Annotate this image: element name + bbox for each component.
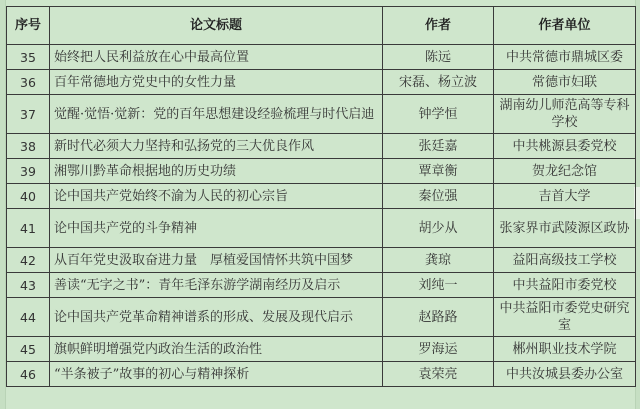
header-no: 序号 xyxy=(7,7,50,45)
cell-title: 旗帜鲜明增强党内政治生活的政治性 xyxy=(50,337,383,362)
cell-unit: 吉首大学 xyxy=(494,184,636,209)
cell-author: 刘纯一 xyxy=(383,273,494,298)
cell-title: 从百年党史汲取奋进力量 厚植爱国情怀共筑中国梦 xyxy=(50,248,383,273)
cell-author: 覃章衡 xyxy=(383,159,494,184)
document-page: 序号 论文标题 作者 作者单位 35 始终把人民利益放在心中最高位置 陈远 中共… xyxy=(0,0,640,409)
cell-author: 袁荣亮 xyxy=(383,362,494,387)
cell-unit: 中共桃源县委党校 xyxy=(494,134,636,159)
cell-no: 39 xyxy=(7,159,50,184)
cell-unit: 郴州职业技术学院 xyxy=(494,337,636,362)
cell-no: 43 xyxy=(7,273,50,298)
cell-unit: 中共益阳市委党史研究室 xyxy=(494,298,636,337)
cell-author: 张廷嘉 xyxy=(383,134,494,159)
cell-unit: 贺龙纪念馆 xyxy=(494,159,636,184)
header-title: 论文标题 xyxy=(50,7,383,45)
cell-unit: 常德市妇联 xyxy=(494,70,636,95)
cell-no: 40 xyxy=(7,184,50,209)
table-row: 42 从百年党史汲取奋进力量 厚植爱国情怀共筑中国梦 龚琼 益阳高级技工学校 xyxy=(7,248,636,273)
cell-no: 38 xyxy=(7,134,50,159)
cell-author: 罗海运 xyxy=(383,337,494,362)
header-unit: 作者单位 xyxy=(494,7,636,45)
table-row: 43 善读“无字之书”：青年毛泽东游学湖南经历及启示 刘纯一 中共益阳市委党校 xyxy=(7,273,636,298)
cell-author: 宋磊、杨立波 xyxy=(383,70,494,95)
cell-no: 42 xyxy=(7,248,50,273)
cell-author: 胡少从 xyxy=(383,209,494,248)
cell-no: 35 xyxy=(7,45,50,70)
cell-no: 46 xyxy=(7,362,50,387)
table-row: 37 觉醒·觉悟·觉新：党的百年思想建设经验梳理与时代启迪 钟学恒 湖南幼儿师范… xyxy=(7,95,636,134)
cell-title: 湘鄂川黔革命根据地的历史功绩 xyxy=(50,159,383,184)
cell-author: 赵路路 xyxy=(383,298,494,337)
cell-title: 善读“无字之书”：青年毛泽东游学湖南经历及启示 xyxy=(50,273,383,298)
cell-unit: 张家界市武陵源区政协 xyxy=(494,209,636,248)
cell-author: 陈远 xyxy=(383,45,494,70)
cell-unit: 益阳高级技工学校 xyxy=(494,248,636,273)
cell-no: 37 xyxy=(7,95,50,134)
cell-author: 钟学恒 xyxy=(383,95,494,134)
header-author: 作者 xyxy=(383,7,494,45)
cell-unit: 湖南幼儿师范高等专科学校 xyxy=(494,95,636,134)
cell-title: 论中国共产党革命精神谱系的形成、发展及现代启示 xyxy=(50,298,383,337)
cell-no: 41 xyxy=(7,209,50,248)
table-row: 36 百年常德地方党史中的女性力量 宋磊、杨立波 常德市妇联 xyxy=(7,70,636,95)
cell-title: 论中国共产党的斗争精神 xyxy=(50,209,383,248)
table-row: 44 论中国共产党革命精神谱系的形成、发展及现代启示 赵路路 中共益阳市委党史研… xyxy=(7,298,636,337)
cell-author: 龚琼 xyxy=(383,248,494,273)
cell-title: 觉醒·觉悟·觉新：党的百年思想建设经验梳理与时代启迪 xyxy=(50,95,383,134)
header-row: 序号 论文标题 作者 作者单位 xyxy=(7,7,636,45)
table-row: 38 新时代必须大力坚持和弘扬党的三大优良作风 张廷嘉 中共桃源县委党校 xyxy=(7,134,636,159)
cell-title: 新时代必须大力坚持和弘扬党的三大优良作风 xyxy=(50,134,383,159)
cell-author: 秦位强 xyxy=(383,184,494,209)
cell-title: 始终把人民利益放在心中最高位置 xyxy=(50,45,383,70)
cell-title: 论中国共产党始终不渝为人民的初心宗旨 xyxy=(50,184,383,209)
table-row: 46 “半条被子”故事的初心与精神探析 袁荣亮 中共汝城县委办公室 xyxy=(7,362,636,387)
cell-unit: 中共常德市鼎城区委 xyxy=(494,45,636,70)
cell-no: 36 xyxy=(7,70,50,95)
table-row: 40 论中国共产党始终不渝为人民的初心宗旨 秦位强 吉首大学 xyxy=(7,184,636,209)
cell-title: 百年常德地方党史中的女性力量 xyxy=(50,70,383,95)
cell-no: 44 xyxy=(7,298,50,337)
table-row: 39 湘鄂川黔革命根据地的历史功绩 覃章衡 贺龙纪念馆 xyxy=(7,159,636,184)
cell-unit: 中共汝城县委办公室 xyxy=(494,362,636,387)
cell-unit: 中共益阳市委党校 xyxy=(494,273,636,298)
cell-title: “半条被子”故事的初心与精神探析 xyxy=(50,362,383,387)
table-row: 35 始终把人民利益放在心中最高位置 陈远 中共常德市鼎城区委 xyxy=(7,45,636,70)
table-row: 41 论中国共产党的斗争精神 胡少从 张家界市武陵源区政协 xyxy=(7,209,636,248)
paper-list-table: 序号 论文标题 作者 作者单位 35 始终把人民利益放在心中最高位置 陈远 中共… xyxy=(6,6,636,387)
table-row: 45 旗帜鲜明增强党内政治生活的政治性 罗海运 郴州职业技术学院 xyxy=(7,337,636,362)
cell-no: 45 xyxy=(7,337,50,362)
